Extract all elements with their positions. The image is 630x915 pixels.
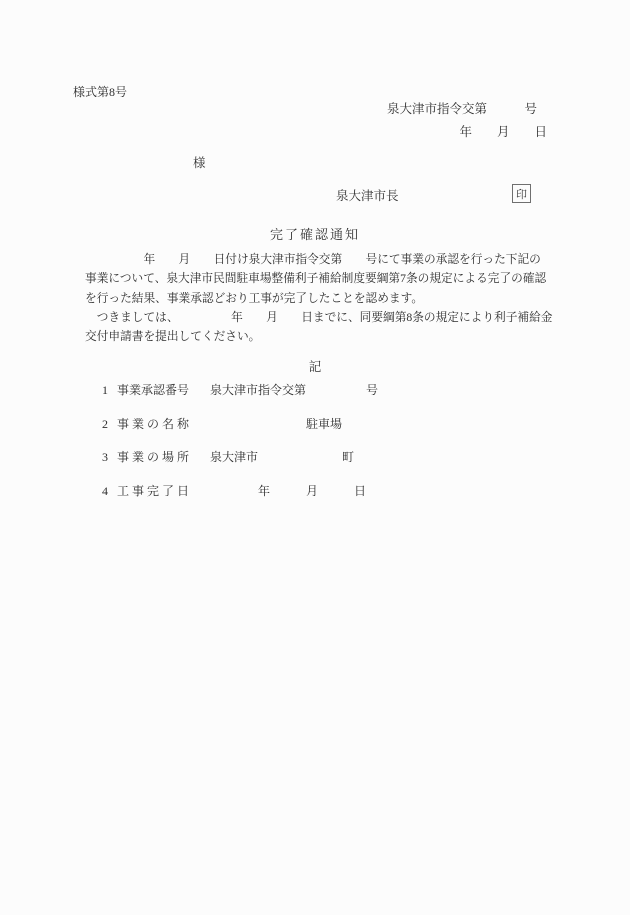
body-line: つきましては、 年 月 日までに、同要綱第8条の規定により利子補給金	[85, 308, 575, 327]
document-title: 完了確認通知	[73, 224, 557, 243]
item-number: 4	[100, 483, 117, 500]
body-line: 交付申請書を提出してください。	[85, 327, 575, 346]
date-line: 年 月 日	[0, 121, 547, 144]
item-value: 駐車場	[210, 416, 342, 433]
item-number: 1	[100, 382, 117, 399]
item-label: 工 事 完 了 日	[117, 483, 210, 500]
header-right-block: 泉大津市指令交第 号 年 月 日	[0, 98, 547, 144]
item-value: 泉大津市指令交第 号	[210, 382, 378, 399]
item-label: 事 業 の 名 称	[117, 416, 210, 433]
document-page: 様式第8号 泉大津市指令交第 号 年 月 日 様 泉大津市長 印 完了確認通知 …	[0, 0, 630, 915]
sender-row: 泉大津市長 印	[0, 184, 630, 204]
body-paragraphs: 年 月 日付け泉大津市指令交第 号にて事業の承認を行った下記の 事業について、泉…	[85, 250, 575, 346]
list-item: 3 事 業 の 場 所 泉大津市 町	[100, 449, 378, 466]
document-number-line: 泉大津市指令交第 号	[0, 98, 547, 121]
seal-mark: 印	[512, 184, 531, 203]
body-line: 年 月 日付け泉大津市指令交第 号にて事業の承認を行った下記の	[85, 250, 575, 269]
list-item: 4 工 事 完 了 日 年 月 日	[100, 483, 378, 500]
item-value: 年 月 日	[210, 483, 366, 500]
list-marker: 記	[73, 357, 557, 375]
item-number: 3	[100, 449, 117, 466]
item-value: 泉大津市 町	[210, 449, 354, 466]
addressee-honorific: 様	[193, 153, 206, 171]
list-item: 1 事業承認番号 泉大津市指令交第 号	[100, 382, 378, 399]
body-line: を行った結果、事業承認どおり工事が完了したことを認めます。	[85, 289, 575, 308]
item-number: 2	[100, 416, 117, 433]
item-label: 事業承認番号	[117, 382, 210, 399]
item-label: 事 業 の 場 所	[117, 449, 210, 466]
body-line: 事業について、泉大津市民間駐車場整備利子補給制度要綱第7条の規定による完了の確認	[85, 269, 575, 288]
list-item: 2 事 業 の 名 称 駐車場	[100, 416, 378, 433]
sender-title: 泉大津市長	[336, 186, 399, 204]
items-list: 1 事業承認番号 泉大津市指令交第 号 2 事 業 の 名 称 駐車場 3 事 …	[100, 382, 378, 516]
